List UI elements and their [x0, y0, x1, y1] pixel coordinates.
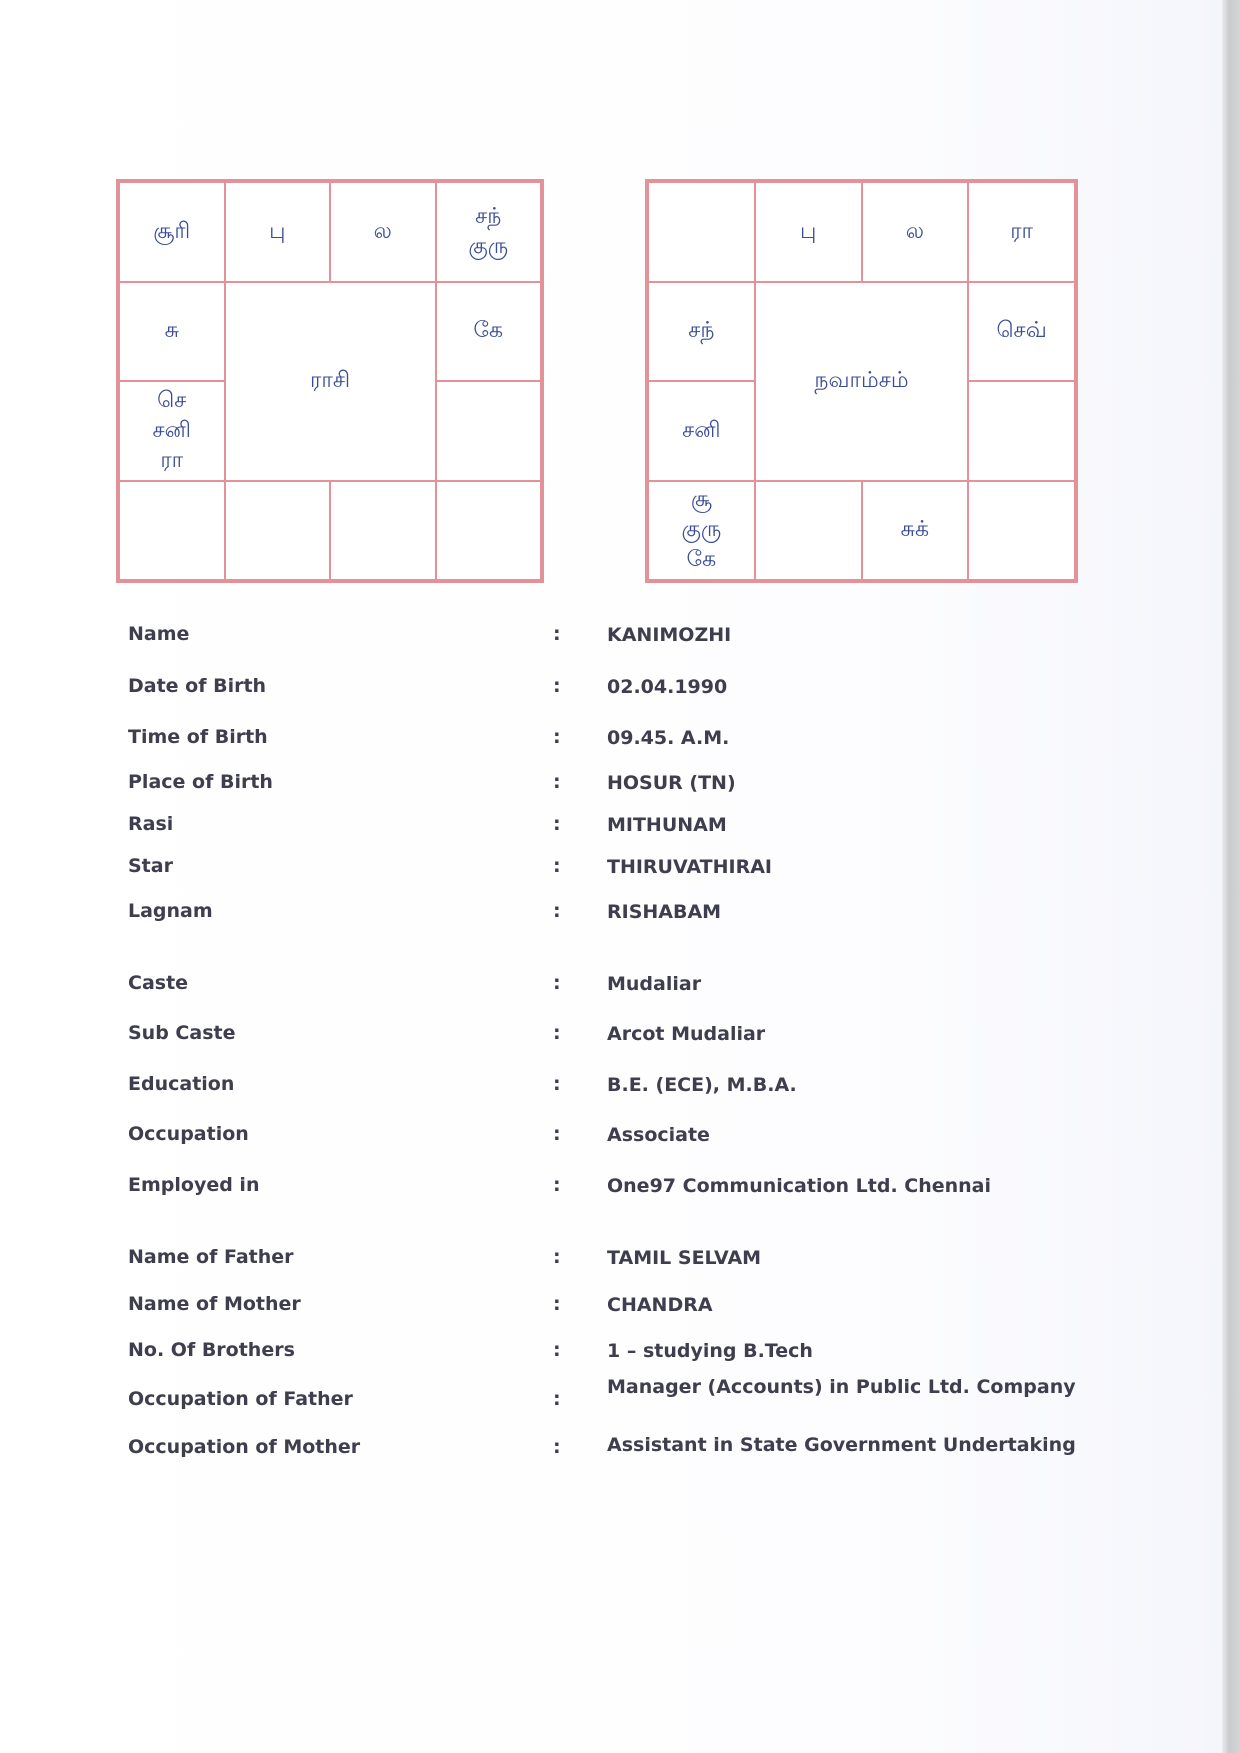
detail-separator: : — [553, 1293, 561, 1315]
detail-value: One97 Communication Ltd. Chennai — [607, 1174, 1077, 1199]
detail-separator: : — [553, 675, 561, 697]
rasi-cell-4: சந்குரு — [436, 182, 542, 282]
rasi-cell-5: சு — [119, 282, 225, 382]
detail-row-employed-in: Employed in : One97 Communication Ltd. C… — [0, 1174, 1100, 1204]
navamsam-cell-7: சனி — [648, 381, 755, 481]
detail-label: Occupation of Father — [128, 1388, 353, 1410]
detail-value: RISHABAM — [607, 900, 1077, 925]
detail-value: MITHUNAM — [607, 813, 1077, 838]
scan-edge — [1222, 0, 1240, 1753]
planet-label: செ — [157, 386, 186, 416]
detail-value: Manager (Accounts) in Public Ltd. Compan… — [607, 1375, 1077, 1400]
planet-label: பு — [269, 217, 285, 247]
navamsam-cell-10 — [755, 481, 862, 581]
detail-label: Rasi — [128, 813, 173, 835]
detail-label: Name — [128, 623, 189, 645]
detail-label: No. Of Brothers — [128, 1339, 295, 1361]
detail-row-place-of-birth: Place of Birth : HOSUR (TN) — [0, 771, 1100, 801]
detail-label: Occupation — [128, 1123, 249, 1145]
navamsam-cell-12 — [968, 481, 1075, 581]
detail-value: CHANDRA — [607, 1293, 1077, 1318]
detail-label: Name of Father — [128, 1246, 294, 1268]
detail-value: B.E. (ECE), M.B.A. — [607, 1073, 1077, 1098]
detail-value: THIRUVATHIRAI — [607, 855, 1077, 880]
planet-label: சனி — [682, 416, 721, 446]
detail-row-lagnam: Lagnam : RISHABAM — [0, 900, 1100, 930]
detail-row-occupation: Occupation : Associate — [0, 1123, 1100, 1153]
detail-row-name-of-mother: Name of Mother : CHANDRA — [0, 1293, 1100, 1323]
rasi-cell-9 — [119, 481, 225, 581]
detail-value: Associate — [607, 1123, 1077, 1148]
detail-separator: : — [553, 900, 561, 922]
detail-value: HOSUR (TN) — [607, 771, 1077, 796]
detail-value: 1 – studying B.Tech — [607, 1339, 1077, 1364]
detail-value: Assistant in State Government Undertakin… — [607, 1433, 1127, 1458]
detail-value: KANIMOZHI — [607, 623, 1077, 648]
detail-label: Occupation of Mother — [128, 1436, 360, 1458]
planet-label: சூ — [691, 485, 712, 515]
detail-row-occupation-of-father: Occupation of Father : Manager (Accounts… — [0, 1388, 1100, 1418]
navamsam-cell-9: சூகுருகே — [648, 481, 755, 581]
planet-label: குரு — [681, 515, 721, 545]
detail-separator: : — [553, 972, 561, 994]
navamsam-cell-4: ரா — [968, 182, 1075, 282]
planet-label: பு — [800, 217, 816, 247]
planet-label: ரா — [1010, 217, 1033, 247]
detail-label: Employed in — [128, 1174, 259, 1196]
detail-row-name: Name : KANIMOZHI — [0, 623, 1100, 653]
navamsam-cell-1 — [648, 182, 755, 282]
detail-row-date-of-birth: Date of Birth : 02.04.1990 — [0, 675, 1100, 705]
detail-separator: : — [553, 771, 561, 793]
detail-separator: : — [553, 1246, 561, 1268]
navamsam-cell-11: சுக் — [862, 481, 969, 581]
planet-label: கே — [687, 545, 717, 575]
detail-row-name-of-father: Name of Father : TAMIL SELVAM — [0, 1246, 1100, 1276]
planet-label: சந் — [688, 316, 714, 346]
detail-value: 02.04.1990 — [607, 675, 1077, 700]
detail-separator: : — [553, 1339, 561, 1361]
planet-label: கே — [473, 316, 503, 346]
navamsam-cell-5: சந் — [648, 282, 755, 382]
rasi-cell-1: சூரி — [119, 182, 225, 282]
navamsam-cell-2: பு — [755, 182, 862, 282]
navamsam-chart-title: நவாம்சம் — [755, 282, 969, 481]
detail-separator: : — [553, 1123, 561, 1145]
detail-row-no-of-brothers: No. Of Brothers : 1 – studying B.Tech — [0, 1339, 1100, 1369]
rasi-chart: சூரி பு ல சந்குரு சு ராசி கே செசனிரா — [116, 179, 544, 583]
detail-value: 09.45. A.M. — [607, 726, 1077, 751]
detail-row-star: Star : THIRUVATHIRAI — [0, 855, 1100, 885]
detail-label: Place of Birth — [128, 771, 273, 793]
rasi-cell-11 — [330, 481, 436, 581]
detail-row-time-of-birth: Time of Birth : 09.45. A.M. — [0, 726, 1100, 756]
detail-label: Star — [128, 855, 173, 877]
detail-separator: : — [553, 1174, 561, 1196]
detail-value: TAMIL SELVAM — [607, 1246, 1077, 1271]
detail-separator: : — [553, 813, 561, 835]
detail-label: Time of Birth — [128, 726, 268, 748]
rasi-chart-title: ராசி — [225, 282, 436, 481]
planet-label: ல — [906, 217, 924, 247]
planet-label: சனி — [153, 416, 192, 446]
planet-label: சந் — [475, 202, 501, 232]
planet-label: சு — [165, 316, 179, 346]
detail-row-education: Education : B.E. (ECE), M.B.A. — [0, 1073, 1100, 1103]
detail-separator: : — [553, 1436, 561, 1458]
detail-label: Education — [128, 1073, 234, 1095]
detail-label: Name of Mother — [128, 1293, 301, 1315]
rasi-cell-12 — [436, 481, 542, 581]
planet-label: செவ் — [996, 316, 1046, 346]
detail-label: Date of Birth — [128, 675, 266, 697]
navamsam-cell-3: ல — [862, 182, 969, 282]
detail-row-sub-caste: Sub Caste : Arcot Mudaliar — [0, 1022, 1100, 1052]
detail-label: Lagnam — [128, 900, 213, 922]
detail-row-occupation-of-mother: Occupation of Mother : Assistant in Stat… — [0, 1436, 1100, 1466]
navamsam-cell-8 — [968, 381, 1075, 481]
detail-separator: : — [553, 1022, 561, 1044]
navamsam-chart: பு ல ரா சந் நவாம்சம் செவ் சனி சூகுருகே ச… — [645, 179, 1078, 583]
rasi-cell-6: கே — [436, 282, 542, 382]
rasi-cell-2: பு — [225, 182, 331, 282]
detail-separator: : — [553, 1388, 561, 1410]
detail-label: Sub Caste — [128, 1022, 235, 1044]
planet-label: குரு — [468, 232, 508, 262]
detail-value: Mudaliar — [607, 972, 1077, 997]
detail-label: Caste — [128, 972, 188, 994]
navamsam-cell-6: செவ் — [968, 282, 1075, 382]
detail-row-caste: Caste : Mudaliar — [0, 972, 1100, 1002]
planet-label: ரா — [160, 446, 183, 476]
rasi-cell-8 — [436, 381, 542, 481]
detail-separator: : — [553, 1073, 561, 1095]
rasi-cell-7: செசனிரா — [119, 381, 225, 481]
detail-separator: : — [553, 855, 561, 877]
rasi-cell-10 — [225, 481, 331, 581]
detail-value: Arcot Mudaliar — [607, 1022, 1077, 1047]
rasi-cell-3: ல — [330, 182, 436, 282]
detail-separator: : — [553, 623, 561, 645]
planet-label: சுக் — [901, 515, 929, 545]
planet-label: சூரி — [153, 217, 190, 247]
detail-row-rasi: Rasi : MITHUNAM — [0, 813, 1100, 843]
planet-label: ல — [374, 217, 392, 247]
detail-separator: : — [553, 726, 561, 748]
